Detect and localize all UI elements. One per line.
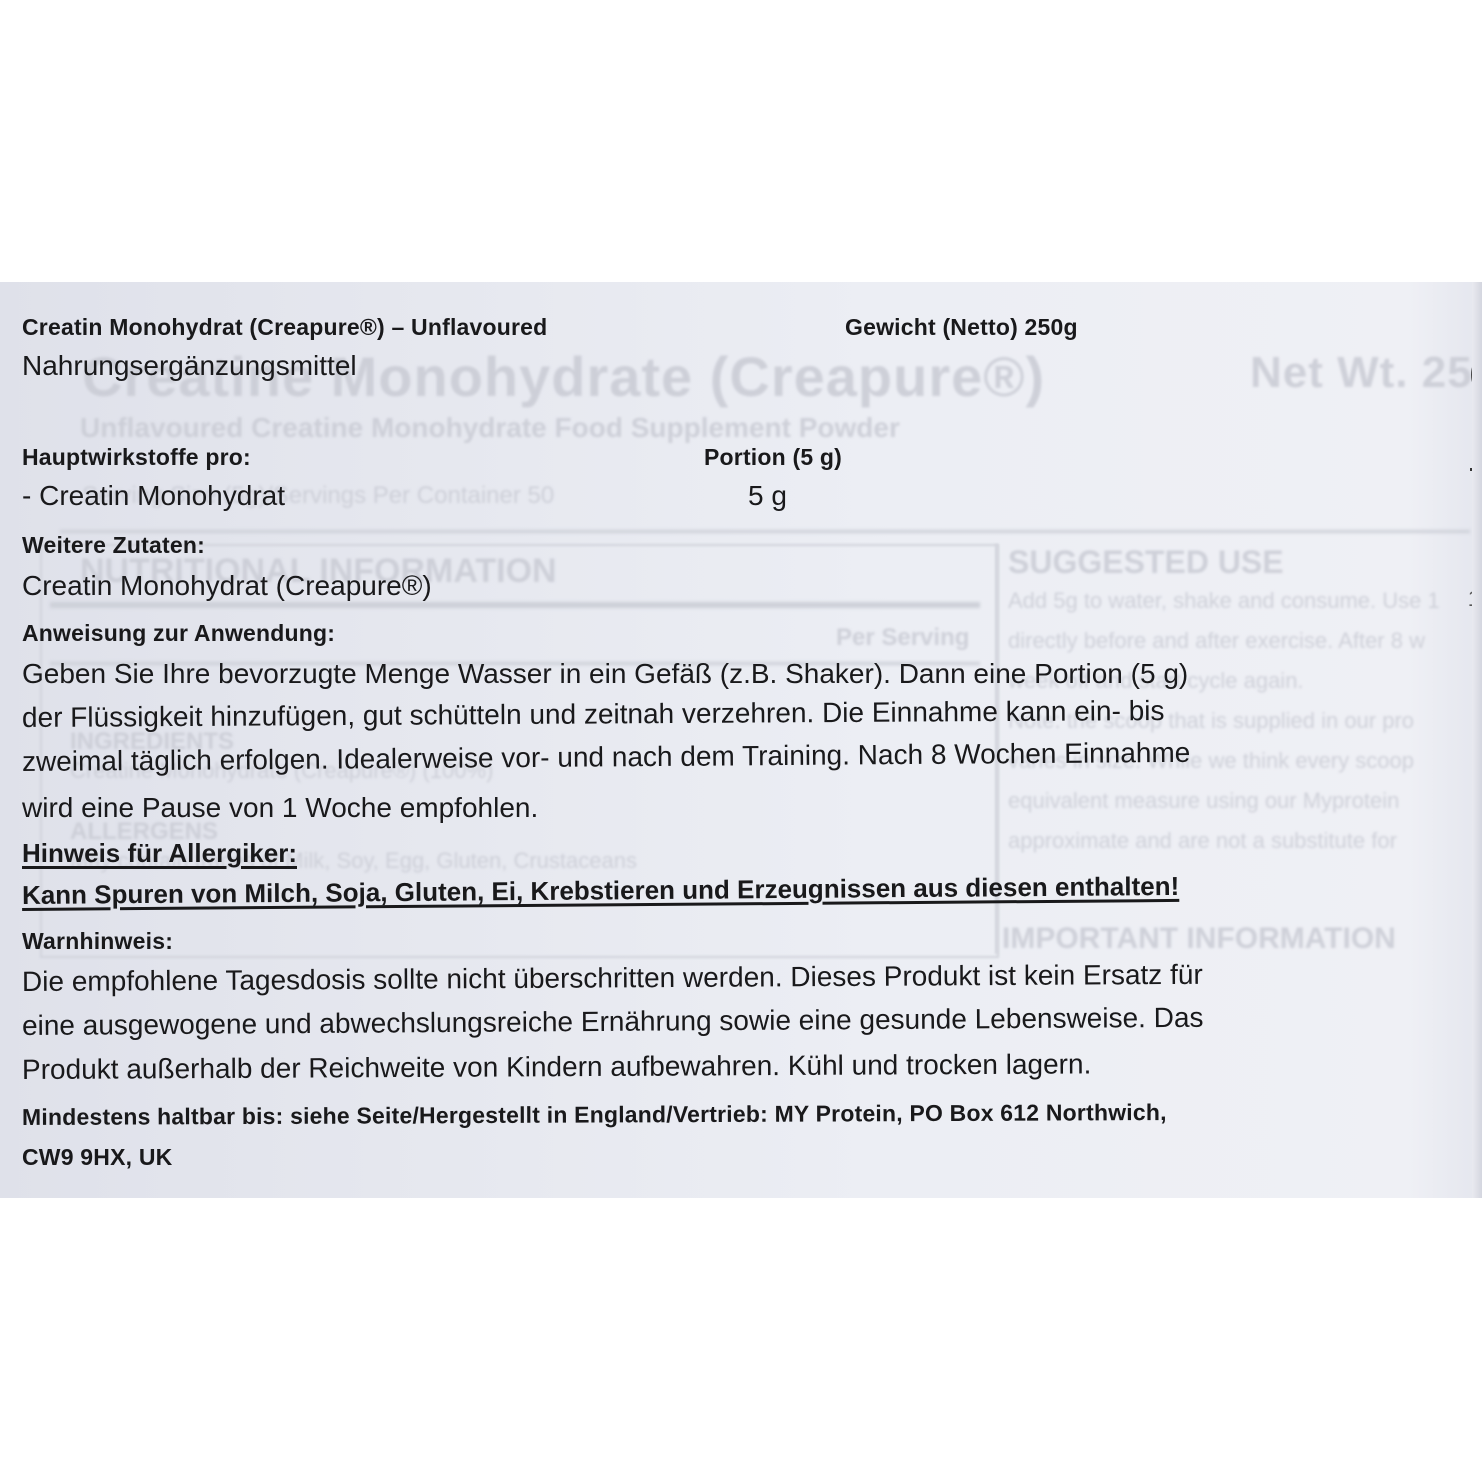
product-type: Nahrungsergänzungsmittel <box>22 352 357 380</box>
product-title: Creatin Monohydrat (Creapure®) – Unflavo… <box>22 316 547 339</box>
allergy-heading: Hinweis für Allergiker: <box>22 840 297 866</box>
background-suggested-use-line: Add 5g to water, shake and consume. Use … <box>1008 588 1440 614</box>
directions-heading: Anweisung zur Anwendung: <box>22 622 335 645</box>
footer-line: CW9 9HX, UK <box>22 1146 172 1169</box>
warning-line: Die empfohlene Tagesdosis sollte nicht ü… <box>22 961 1203 996</box>
net-weight: Gewicht (Netto) 250g <box>845 316 1078 339</box>
directions-line: zweimal täglich erfolgen. Idealerweise v… <box>22 739 1191 776</box>
warning-line: Produkt außerhalb der Reichweite von Kin… <box>22 1050 1091 1084</box>
directions-line: Geben Sie Ihre bevorzugte Menge Wasser i… <box>22 660 1188 688</box>
background-important-heading: IMPORTANT INFORMATION <box>1002 922 1396 956</box>
active-ingredients-heading: Hauptwirkstoffe pro: <box>22 446 251 469</box>
background-suggested-use-heading: SUGGESTED USE <box>1008 544 1284 581</box>
footer-line: Mindestens haltbar bis: siehe Seite/Herg… <box>22 1101 1167 1129</box>
directions-line: der Flüssigkeit hinzufügen, gut schüttel… <box>22 697 1165 732</box>
warning-line: eine ausgewogene und abwechslungsreiche … <box>22 1004 1204 1040</box>
warning-heading: Warnhinweis: <box>22 930 173 953</box>
active-ingredient-name: - Creatin Monohydrat <box>22 482 285 510</box>
active-ingredient-amount: 5 g <box>748 482 787 510</box>
product-label: Creatine Monohydrate (Creapure®) Net Wt.… <box>0 282 1482 1198</box>
background-net-weight: Net Wt. 250 <box>1250 348 1482 398</box>
background-per-serving: Per Serving <box>836 624 969 652</box>
allergy-text: Kann Spuren von Milch, Soja, Gluten, Ei,… <box>22 873 1179 908</box>
other-ingredients-heading: Weitere Zutaten: <box>22 534 205 557</box>
background-suggested-use-line: directly before and after exercise. Afte… <box>1008 628 1425 654</box>
background-suggested-use-line: equivalent measure using our Myprotein <box>1008 788 1399 814</box>
other-ingredients-text: Creatin Monohydrat (Creapure®) <box>22 572 432 600</box>
directions-line: wird eine Pause von 1 Woche empfohlen. <box>22 794 538 822</box>
background-suggested-use-line: approximate and are not a substitute for <box>1008 828 1397 854</box>
portion-heading: Portion (5 g) <box>704 446 842 469</box>
background-subtitle: Unflavoured Creatine Monohydrate Food Su… <box>80 412 900 444</box>
